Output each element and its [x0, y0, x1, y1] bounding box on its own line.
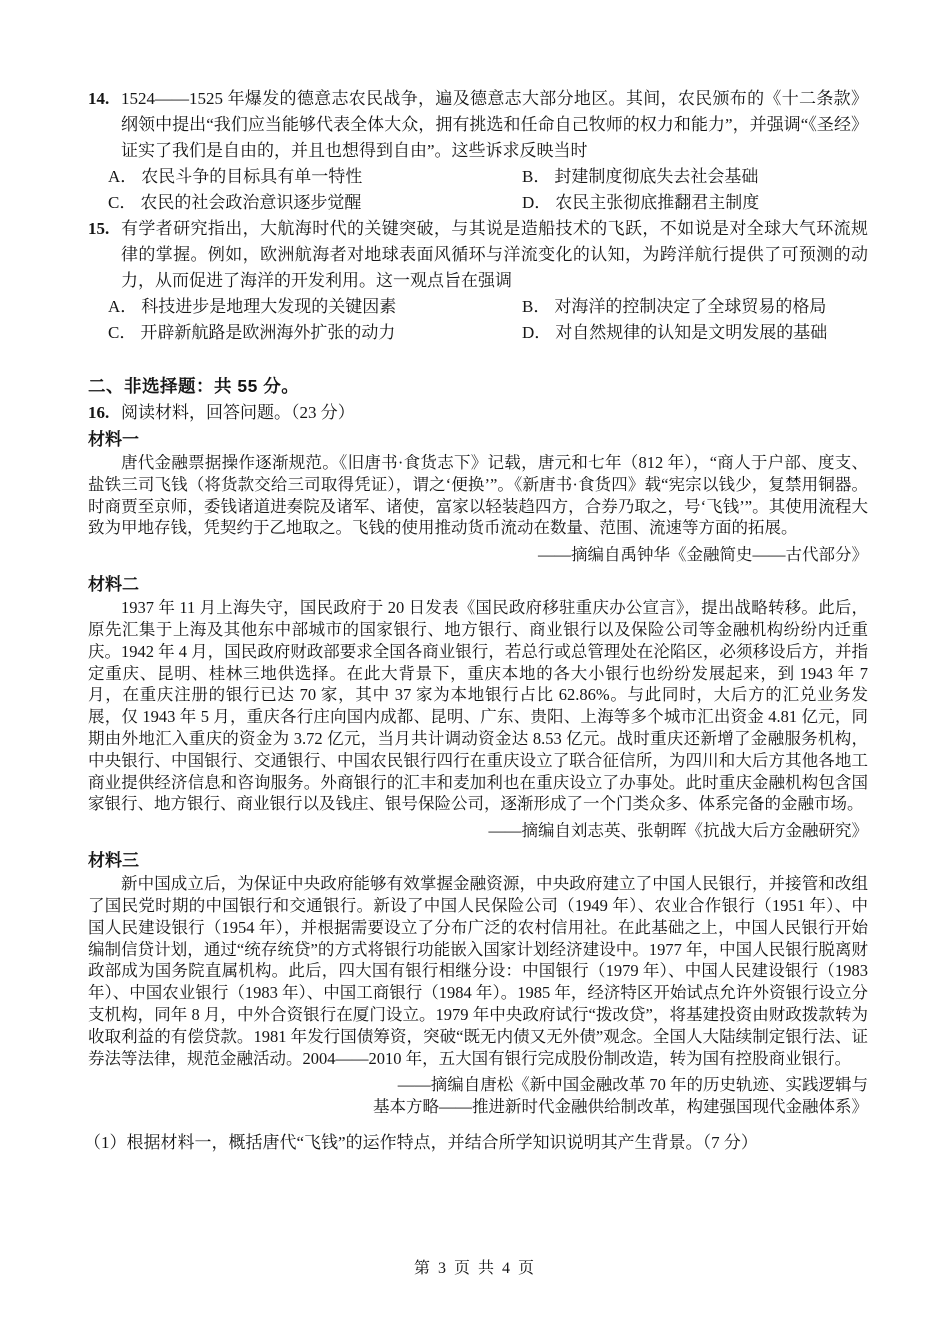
material-1-source: ——摘编自禹钟华《金融简史——古代部分》	[88, 544, 868, 566]
option-d-text: 对自然规律的认知是文明发展的基础	[555, 320, 827, 346]
material-3-title: 材料三	[88, 848, 868, 873]
material-1: 材料一 唐代金融票据操作逐渐规范。《旧唐书·食货志下》记载，唐元和七年（812 …	[88, 427, 868, 566]
material-2-title: 材料二	[88, 572, 868, 597]
option-a-text: 农民斗争的目标具有单一特性	[141, 164, 362, 190]
source-line: ——摘编自刘志英、张朝晖《抗战大后方金融研究》	[88, 820, 868, 842]
option-d-label: D．	[522, 190, 551, 216]
source-line-2: 基本方略——推进新时代金融供给制改革，构建强国现代金融体系》	[88, 1096, 868, 1118]
option-c-label: C．	[108, 190, 136, 216]
question-15: 15. 有学者研究指出，大航海时代的关键突破，与其说是造船技术的飞跃，不如说是对…	[88, 216, 868, 346]
material-2-source: ——摘编自刘志英、张朝晖《抗战大后方金融研究》	[88, 820, 868, 842]
exam-page: { "page": { "footer": "第 3 页 共 4 页" }, "…	[0, 0, 950, 1344]
question-14-options-row-1: A． 农民斗争的目标具有单一特性 B． 封建制度彻底失去社会基础	[108, 164, 868, 190]
option-d-label: D．	[522, 320, 551, 346]
material-2: 材料二 1937 年 11 月上海失守，国民政府于 20 日发表《国民政府移驻重…	[88, 572, 868, 842]
question-16-number: 16.	[88, 399, 109, 426]
option-b-text: 封建制度彻底失去社会基础	[554, 164, 758, 190]
question-16-intro: 阅读材料，回答问题。（23 分）	[121, 403, 355, 422]
question-14: 14. 1524——1525 年爆发的德意志农民战争，遍及德意志大部分地区。其间…	[88, 86, 868, 216]
material-3-text: 新中国成立后，为保证中央政府能够有效掌握金融资源，中央政府建立了中国人民银行，并…	[88, 873, 868, 1069]
question-15-options-row-1: A． 科技进步是地理大发现的关键因素 B． 对海洋的控制决定了全球贸易的格局	[108, 294, 868, 320]
option-b-label: B．	[522, 294, 550, 320]
question-14-option-d: D． 农民主张彻底推翻君主制度	[522, 190, 759, 216]
question-14-option-c: C． 农民的社会政治意识逐步觉醒	[108, 190, 522, 216]
option-a-text: 科技进步是地理大发现的关键因素	[141, 294, 396, 320]
question-15-option-b: B． 对海洋的控制决定了全球贸易的格局	[522, 294, 826, 320]
material-3-source: ——摘编自唐松《新中国金融改革 70 年的历史轨迹、实践逻辑与 基本方略——推进…	[88, 1074, 868, 1118]
question-15-options-row-2: C． 开辟新航路是欧洲海外扩张的动力 D． 对自然规律的认知是文明发展的基础	[108, 320, 868, 346]
question-14-options-row-2: C． 农民的社会政治意识逐步觉醒 D． 农民主张彻底推翻君主制度	[108, 190, 868, 216]
section-2-heading: 二、非选择题：共 55 分。	[88, 373, 868, 399]
question-15-option-c: C． 开辟新航路是欧洲海外扩张的动力	[108, 320, 522, 346]
question-16-subquestion-1: （1）根据材料一，概括唐代“飞钱”的运作特点，并结合所学知识说明其产生背景。（7…	[84, 1130, 868, 1156]
exam-sheet: 14. 1524——1525 年爆发的德意志农民战争，遍及德意志大部分地区。其间…	[88, 86, 868, 1156]
material-2-text: 1937 年 11 月上海失守，国民政府于 20 日发表《国民政府移驻重庆办公宣…	[88, 597, 868, 815]
question-16: 16. 阅读材料，回答问题。（23 分）	[88, 399, 868, 426]
question-14-number: 14.	[88, 86, 109, 112]
material-3: 材料三 新中国成立后，为保证中央政府能够有效掌握金融资源，中央政府建立了中国人民…	[88, 848, 868, 1118]
option-b-label: B．	[522, 164, 550, 190]
option-a-label: A．	[108, 294, 137, 320]
material-1-text: 唐代金融票据操作逐渐规范。《旧唐书·食货志下》记载，唐元和七年（812 年），“…	[88, 452, 868, 539]
option-c-text: 开辟新航路是欧洲海外扩张的动力	[140, 320, 395, 346]
option-a-label: A．	[108, 164, 137, 190]
question-15-number: 15.	[88, 216, 109, 242]
question-15-stem: 有学者研究指出，大航海时代的关键突破，与其说是造船技术的飞跃，不如说是对全球大气…	[121, 216, 868, 294]
question-14-stem: 1524——1525 年爆发的德意志农民战争，遍及德意志大部分地区。其间，农民颁…	[121, 86, 868, 164]
page-number: 第 3 页 共 4 页	[0, 1258, 950, 1280]
option-c-text: 农民的社会政治意识逐步觉醒	[140, 190, 361, 216]
material-1-title: 材料一	[88, 427, 868, 452]
source-line: ——摘编自禹钟华《金融简史——古代部分》	[88, 544, 868, 566]
question-14-option-a: A． 农民斗争的目标具有单一特性	[108, 164, 522, 190]
question-15-option-a: A． 科技进步是地理大发现的关键因素	[108, 294, 522, 320]
source-line-1: ——摘编自唐松《新中国金融改革 70 年的历史轨迹、实践逻辑与	[88, 1074, 868, 1096]
option-b-text: 对海洋的控制决定了全球贸易的格局	[554, 294, 826, 320]
question-14-option-b: B． 封建制度彻底失去社会基础	[522, 164, 758, 190]
option-d-text: 农民主张彻底推翻君主制度	[555, 190, 759, 216]
option-c-label: C．	[108, 320, 136, 346]
question-15-option-d: D． 对自然规律的认知是文明发展的基础	[522, 320, 827, 346]
